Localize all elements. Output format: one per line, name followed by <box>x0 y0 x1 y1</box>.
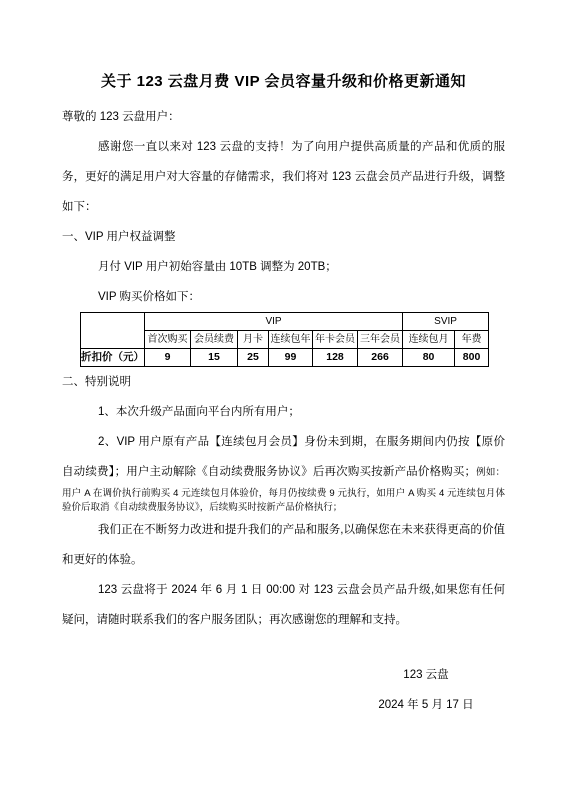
price-table: VIP SVIP 首次购买 会员续费 月卡 连续包年 年卡会员 三年会员 连续包… <box>80 312 489 367</box>
table-value-continuous-month: 80 <box>403 349 455 367</box>
table-group-row: VIP SVIP <box>81 313 489 331</box>
table-value-annual-fee: 800 <box>455 349 489 367</box>
table-corner-cell <box>81 313 145 349</box>
table-value-continuous-year: 99 <box>269 349 313 367</box>
section2-item2-main: 2、VIP 用户原有产品【连续包月会员】身份未到期，在服务期间内仍按【原价自动续… <box>62 436 505 478</box>
table-header-annual-fee: 年费 <box>455 331 489 349</box>
capacity-change-line: 月付 VIP 用户初始容量由 10TB 调整为 20TB； <box>62 252 505 282</box>
section2-heading: 二、特别说明 <box>62 367 505 397</box>
table-value-row: 折扣价（元） 9 15 25 99 128 266 80 800 <box>81 349 489 367</box>
table-header-continuous-month: 连续包月 <box>403 331 455 349</box>
table-header-month-card: 月卡 <box>238 331 269 349</box>
section2-item2: 2、VIP 用户原有产品【连续包月会员】身份未到期，在服务期间内仍按【原价自动续… <box>62 427 505 515</box>
greeting-line: 尊敬的 123 云盘用户： <box>62 102 505 132</box>
intro-paragraph: 感谢您一直以来对 123 云盘的支持！为了向用户提供高质量的产品和优质的服务，更… <box>62 132 505 222</box>
notice-page: 关于 123 云盘月费 VIP 会员容量升级和价格更新通知 尊敬的 123 云盘… <box>0 0 566 800</box>
section2-item1: 1、本次升级产品面向平台内所有用户； <box>62 397 505 427</box>
table-value-renewal: 15 <box>191 349 238 367</box>
notice-document: 关于 123 云盘月费 VIP 会员容量升级和价格更新通知 尊敬的 123 云盘… <box>0 0 566 720</box>
table-row-label: 折扣价（元） <box>81 349 145 367</box>
table-value-first-purchase: 9 <box>145 349 191 367</box>
table-value-year-card: 128 <box>313 349 358 367</box>
document-title: 关于 123 云盘月费 VIP 会员容量升级和价格更新通知 <box>62 70 505 94</box>
table-header-renewal: 会员续费 <box>191 331 238 349</box>
table-group-vip: VIP <box>145 313 403 331</box>
table-header-three-year: 三年会员 <box>358 331 403 349</box>
table-group-svip: SVIP <box>403 313 489 331</box>
table-value-month-card: 25 <box>238 349 269 367</box>
price-intro-line: VIP 购买价格如下： <box>62 282 505 312</box>
closing-paragraph-2: 123 云盘将于 2024 年 6 月 1 日 00:00 对 123 云盘会员… <box>62 575 505 635</box>
closing-paragraph-1: 我们正在不断努力改进和提升我们的产品和服务,以确保您在未来获得更高的价值和更好的… <box>62 515 505 575</box>
section1-heading: 一、VIP 用户权益调整 <box>62 222 505 252</box>
signature-date: 2024 年 5 月 17 日 <box>336 690 516 720</box>
table-header-first-purchase: 首次购买 <box>145 331 191 349</box>
signature-name: 123 云盘 <box>336 660 516 690</box>
table-header-continuous-year: 连续包年 <box>269 331 313 349</box>
signature-block: 123 云盘 2024 年 5 月 17 日 <box>336 660 516 720</box>
table-value-three-year: 266 <box>358 349 403 367</box>
table-header-year-card: 年卡会员 <box>313 331 358 349</box>
